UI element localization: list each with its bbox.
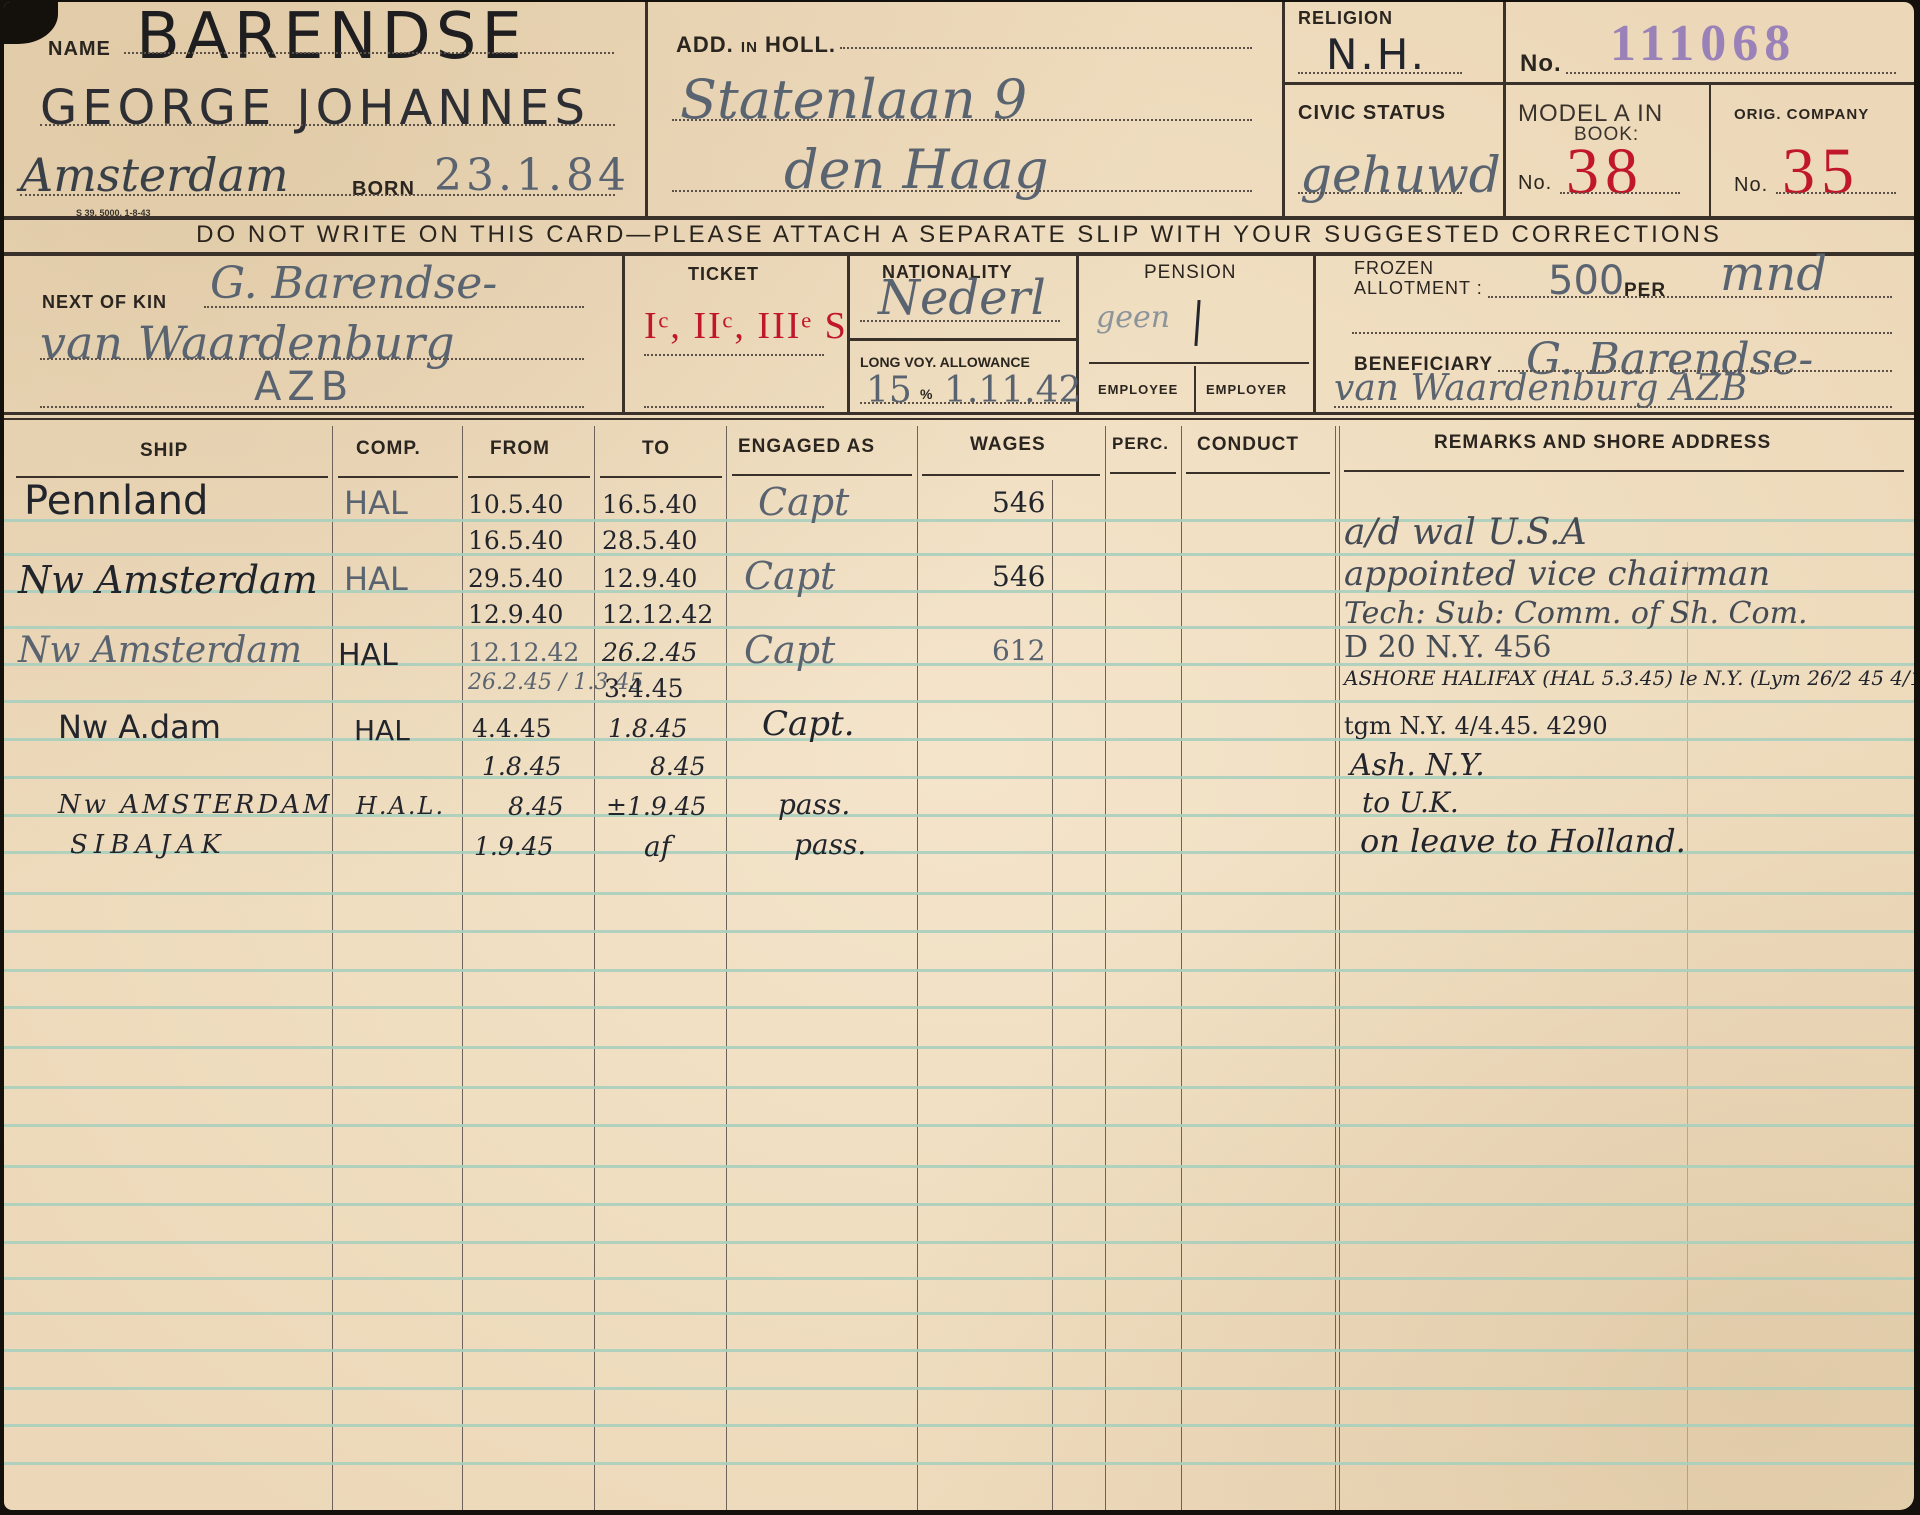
- cell-to: 12.12.42: [602, 600, 713, 629]
- header-underline: [1110, 472, 1176, 474]
- column-divider: [1105, 426, 1106, 1510]
- header-underline: [338, 476, 458, 478]
- header-underline: [600, 476, 722, 478]
- born-label: BORN: [352, 178, 415, 201]
- cell-from: 12.12.42: [468, 638, 579, 667]
- dotted-line: [1334, 406, 1892, 408]
- cell-to: 16.5.40: [602, 490, 697, 519]
- divider: [4, 216, 1914, 220]
- divider: [1282, 2, 1285, 218]
- divider: [4, 418, 1914, 420]
- cell-wages: 612: [992, 634, 1045, 667]
- ruled-line: [4, 776, 1914, 779]
- column-divider: [1335, 426, 1336, 1510]
- dotted-line: [204, 306, 584, 308]
- cell-remarks: D 20 N.Y. 456: [1344, 630, 1551, 665]
- beneficiary-line2: van Waardenburg AZB: [1334, 368, 1747, 409]
- cell-to: 26.2.45: [602, 638, 697, 667]
- cell-to: 3.4.45: [604, 674, 684, 703]
- next-of-kin-line2: van Waardenburg: [40, 316, 455, 370]
- orig-company-value: 35: [1782, 134, 1860, 210]
- ruled-line: [4, 1312, 1914, 1315]
- cell-comp: HAL: [344, 484, 408, 522]
- seaman-register-card: NAME BARENDSE GEORGE JOHANNES Amsterdam …: [4, 2, 1914, 1510]
- pension-label: PENSION: [1144, 262, 1237, 284]
- civic-status-value: gehuwd: [1300, 146, 1501, 204]
- divider: [1313, 254, 1316, 414]
- header-to: TO: [642, 438, 670, 460]
- form-code: S 39. 5000. 1-8-43: [76, 208, 151, 218]
- ruled-line: [4, 1124, 1914, 1127]
- ruled-line: [4, 738, 1914, 741]
- cell-comp: HAL: [354, 714, 410, 747]
- next-of-kin-line3: AZB: [254, 364, 354, 410]
- long-voyage-allowance-pct: %: [920, 386, 933, 402]
- ruled-line: [4, 1349, 1914, 1352]
- cell-ship: Pennland: [24, 478, 208, 524]
- number-stamp: 111068: [1610, 14, 1796, 73]
- cell-from: 12.9.40: [468, 600, 563, 629]
- header-wages: WAGES: [970, 434, 1046, 456]
- divider: [645, 2, 648, 218]
- column-divider: [1339, 426, 1340, 1510]
- cell-to: 12.9.40: [602, 564, 697, 593]
- ruled-line: [4, 1203, 1914, 1206]
- divider: [1709, 84, 1711, 218]
- ruled-line: [4, 1241, 1914, 1244]
- column-divider: [1687, 562, 1688, 1510]
- ruled-line: [4, 930, 1914, 933]
- frozen-allotment-per-label: PER: [1624, 280, 1666, 302]
- cell-from: 4.4.45: [472, 714, 552, 743]
- header-comp: COMP.: [356, 438, 421, 460]
- dotted-line: [860, 402, 1070, 404]
- divider: [622, 254, 625, 414]
- header-from: FROM: [490, 438, 550, 460]
- dotted-line: [40, 406, 584, 408]
- long-voyage-allowance-label: LONG VOY. ALLOWANCE: [860, 354, 1030, 370]
- frozen-allotment-label-line1: FROZEN: [1354, 258, 1434, 279]
- address-line1-value: Statenlaan 9: [680, 68, 1027, 131]
- cell-to: 1.8.45: [608, 714, 688, 743]
- cell-from: 8.45: [508, 792, 564, 821]
- cell-from: 1.8.45: [482, 752, 562, 781]
- cell-remarks: Tech: Sub: Comm. of Sh. Com.: [1344, 596, 1808, 631]
- header-underline: [922, 474, 1100, 476]
- address-label-prefix: ADD.: [676, 32, 734, 57]
- column-divider: [726, 426, 727, 1510]
- ticket-label: TICKET: [688, 264, 759, 285]
- cell-comp: HAL: [344, 560, 408, 598]
- divider: [1503, 2, 1506, 218]
- cell-engaged-as: Capt: [744, 554, 835, 598]
- dotted-line: [1566, 72, 1896, 74]
- column-divider: [917, 426, 918, 1510]
- header-perc: PERC.: [1112, 434, 1169, 454]
- pension-employee-label: EMPLOYEE: [1098, 382, 1178, 397]
- dotted-line: [672, 190, 1252, 192]
- divider: [1089, 362, 1309, 364]
- ruled-line: [4, 1462, 1914, 1465]
- cell-to: 8.45: [650, 752, 706, 781]
- dotted-line: [1298, 72, 1462, 74]
- divider: [849, 338, 1077, 341]
- surname-value: BARENDSE: [136, 2, 527, 74]
- cell-remarks: appointed vice chairman: [1344, 554, 1770, 594]
- dotted-line: [644, 354, 824, 356]
- long-voyage-allowance-value: 15: [866, 370, 912, 411]
- dotted-line: [1560, 192, 1680, 194]
- model-a-no-label: No.: [1518, 172, 1552, 195]
- header-underline: [468, 476, 590, 478]
- long-voyage-allowance-date: 1.11.42: [944, 370, 1081, 411]
- ruled-line: [4, 700, 1914, 703]
- divider: [4, 412, 1914, 415]
- ruled-line: [4, 1006, 1914, 1009]
- ruled-line: [4, 1424, 1914, 1427]
- cell-comp: HAL: [338, 638, 398, 673]
- dotted-line: [860, 320, 1060, 322]
- cell-comp: H.A.L.: [356, 792, 445, 820]
- cell-ship: Nw Amsterdam: [18, 558, 318, 602]
- dotted-line: [644, 406, 824, 408]
- next-of-kin-label: NEXT OF KIN: [42, 292, 167, 313]
- header-conduct: CONDUCT: [1197, 434, 1299, 456]
- pension-employer-label: EMPLOYER: [1206, 382, 1287, 397]
- name-label: NAME: [48, 38, 111, 61]
- dotted-line: [40, 358, 584, 360]
- header-remarks: REMARKS AND SHORE ADDRESS: [1434, 432, 1771, 454]
- cell-remarks: to U.K.: [1362, 786, 1459, 819]
- cell-to: af: [644, 830, 671, 863]
- divider: [4, 252, 1914, 256]
- column-divider: [332, 426, 333, 1510]
- dotted-line: [20, 194, 615, 196]
- cell-ship: SIBAJAK: [70, 830, 227, 860]
- header-underline: [1186, 472, 1330, 474]
- address-label: ADD. IN HOLL.: [676, 32, 836, 58]
- frozen-allotment-label-line2: ALLOTMENT :: [1354, 278, 1483, 299]
- cell-wages: 546: [992, 486, 1045, 519]
- dotted-line: [672, 119, 1252, 121]
- ruled-line: [4, 1046, 1914, 1049]
- nationality-value: Nederl: [878, 270, 1046, 326]
- dotted-line: [840, 47, 1252, 49]
- header-underline: [732, 474, 912, 476]
- cell-to: ±1.9.45: [606, 792, 706, 821]
- cell-from: 10.5.40: [468, 490, 563, 519]
- cell-ship: Nw AMSTERDAM: [58, 790, 333, 820]
- ruled-line: [4, 892, 1914, 895]
- model-a-value: 38: [1566, 134, 1644, 210]
- number-label: No.: [1520, 50, 1562, 78]
- cell-from: 1.9.45: [474, 832, 554, 861]
- divider: [1194, 366, 1196, 414]
- cell-engaged-as: pass.: [794, 828, 866, 861]
- cell-engaged-as: Capt: [744, 628, 835, 672]
- dotted-line: [40, 124, 615, 126]
- address-label-suffix: HOLL.: [765, 32, 836, 57]
- given-names-value: GEORGE JOHANNES: [40, 80, 590, 136]
- dotted-line: [1298, 192, 1462, 194]
- cell-from: 29.5.40: [468, 564, 563, 593]
- cell-to: 28.5.40: [602, 526, 697, 555]
- next-of-kin-line1: G. Barendse-: [210, 258, 497, 309]
- header-ship: SHIP: [140, 440, 188, 462]
- header-underline: [1344, 470, 1904, 472]
- ruled-line: [4, 1165, 1914, 1168]
- column-divider: [594, 426, 595, 1510]
- column-divider: [1181, 426, 1182, 1510]
- cell-from: 16.5.40: [468, 526, 563, 555]
- cell-remarks: a/d wal U.S.A: [1344, 512, 1587, 553]
- ruled-line: [4, 969, 1914, 972]
- orig-company-label: ORIG. COMPANY: [1734, 106, 1869, 123]
- religion-label: RELIGION: [1298, 8, 1393, 29]
- cell-remarks: tgm N.Y. 4/4.45. 4290: [1344, 712, 1608, 740]
- cell-remarks: Ash. N.Y.: [1350, 748, 1485, 783]
- header-engaged-as: ENGAGED AS: [738, 436, 875, 458]
- pension-stroke: [1194, 300, 1200, 346]
- pension-value: geen: [1096, 300, 1170, 335]
- civic-status-label: CIVIC STATUS: [1298, 102, 1446, 125]
- dotted-line: [124, 52, 614, 54]
- cell-engaged-as: Capt: [758, 480, 849, 524]
- address-label-in: IN: [741, 39, 758, 56]
- ruled-line: [4, 1086, 1914, 1089]
- cell-ship: Nw Amsterdam: [18, 630, 302, 671]
- column-divider: [1052, 480, 1053, 1510]
- ticket-value: Iᶜ, IIᶜ, IIIᵉ S: [644, 304, 848, 348]
- cell-engaged-as: pass.: [778, 788, 850, 821]
- cell-wages: 546: [992, 560, 1045, 593]
- cell-ship: Nw A.dam: [58, 708, 221, 746]
- ruled-line: [4, 519, 1914, 522]
- orig-company-no-label: No.: [1734, 174, 1768, 197]
- column-divider: [462, 426, 463, 1510]
- ruled-line: [4, 1277, 1914, 1280]
- divider: [1282, 82, 1914, 85]
- dotted-line: [1776, 192, 1896, 194]
- cell-remarks: on leave to Holland.: [1360, 822, 1686, 860]
- cell-remarks: ASHORE HALIFAX (HAL 5.3.45) le N.Y. (Lym…: [1344, 666, 1914, 690]
- frozen-allotment-per-value: mnd: [1720, 246, 1827, 302]
- ruled-line: [4, 1387, 1914, 1390]
- do-not-write-banner: DO NOT WRITE ON THIS CARD—PLEASE ATTACH …: [4, 221, 1914, 249]
- cell-engaged-as: Capt.: [762, 704, 855, 744]
- dotted-line: [1488, 296, 1892, 298]
